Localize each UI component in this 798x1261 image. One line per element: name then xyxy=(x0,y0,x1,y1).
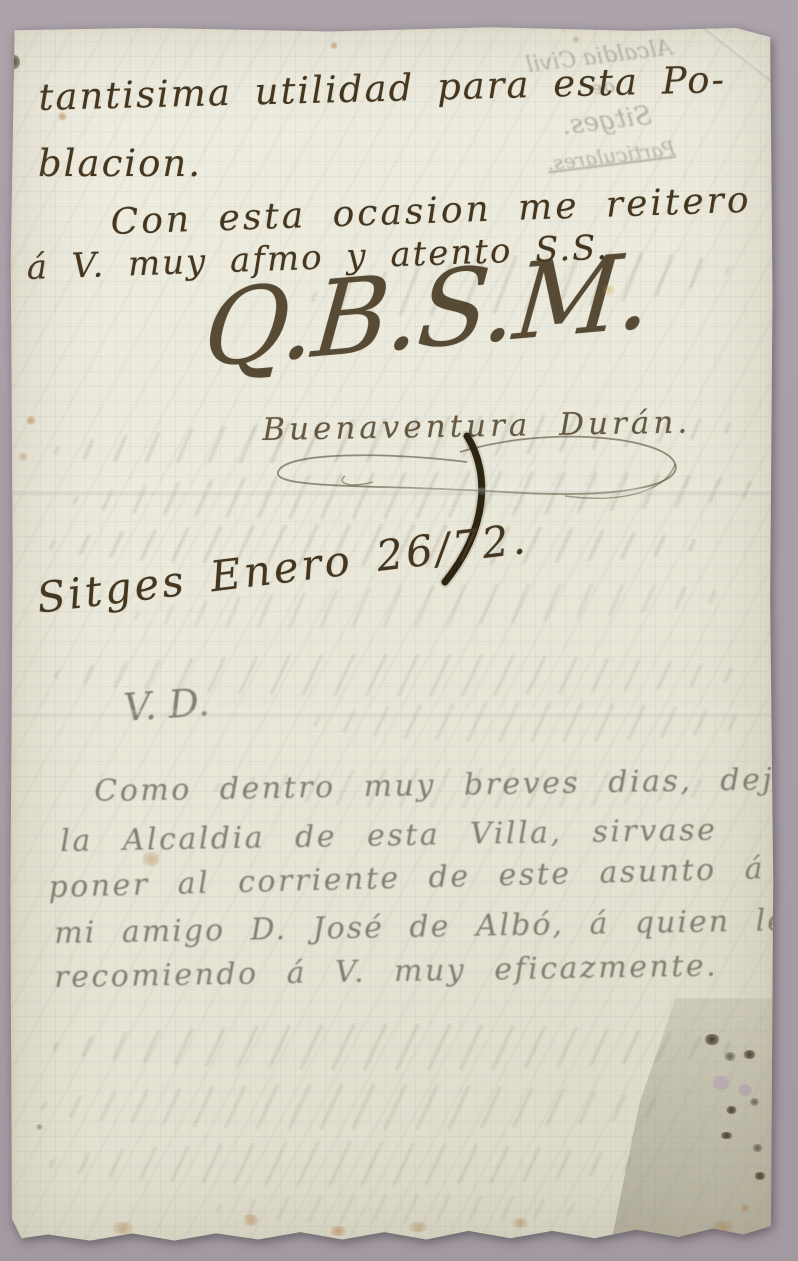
letter-page-wrapper: Alcaldia Civil de Sitges. Particulares. … xyxy=(10,26,774,1248)
damage-spot xyxy=(720,1132,733,1139)
pencil-line-2: la Alcaldia de esta Villa, sirvase xyxy=(60,813,718,859)
showthrough-scribble xyxy=(50,1024,740,1070)
showthrough-scribble xyxy=(46,1142,646,1186)
stain-yellow xyxy=(602,284,616,296)
stain-bottom-edge xyxy=(110,1222,136,1234)
stain-rust xyxy=(330,42,338,49)
damage-spot xyxy=(750,1098,759,1106)
damage-spot xyxy=(743,1050,756,1059)
damage-spot xyxy=(752,1144,763,1152)
showthrough-scribble xyxy=(38,1084,678,1130)
damage-spot xyxy=(704,1034,720,1045)
stain-rust xyxy=(710,1221,736,1235)
damage-spot xyxy=(754,1172,766,1180)
showthrough-scribble xyxy=(310,702,750,742)
pencil-line-1: Como dentro muy breves dias, dejo xyxy=(94,762,795,809)
pencil-line-5: recomiendo á V. muy eficazmente. xyxy=(54,948,718,995)
stain-rust xyxy=(740,1204,750,1212)
ink-line-2: blacion. xyxy=(38,142,202,185)
stain-rust xyxy=(140,852,162,866)
stain-rust xyxy=(26,416,36,425)
stain-bottom-edge xyxy=(510,1218,530,1228)
stain-rust xyxy=(58,112,67,121)
damage-spot xyxy=(712,1076,730,1090)
damage-spot xyxy=(726,1106,737,1114)
stain-rust xyxy=(572,36,580,43)
stain-grey xyxy=(36,1124,43,1130)
showthrough-scribble xyxy=(210,1194,590,1224)
stain-bottom-edge xyxy=(242,1214,260,1226)
damage-spot xyxy=(724,1052,736,1061)
damage-spot xyxy=(738,1084,752,1096)
stain-bottom-edge xyxy=(328,1226,348,1236)
stain-bottom-edge xyxy=(406,1222,430,1232)
pencil-salutation: V. D. xyxy=(122,680,211,730)
pencil-line-4: mi amigo D. José de Albó, á quien le xyxy=(54,903,787,951)
letter-page: Alcaldia Civil de Sitges. Particulares. … xyxy=(10,26,774,1248)
stain-rust xyxy=(18,452,28,461)
stain-edge-dark xyxy=(6,54,20,70)
scanned-letter-background: { "document": { "kind": "handwritten-let… xyxy=(0,0,798,1261)
